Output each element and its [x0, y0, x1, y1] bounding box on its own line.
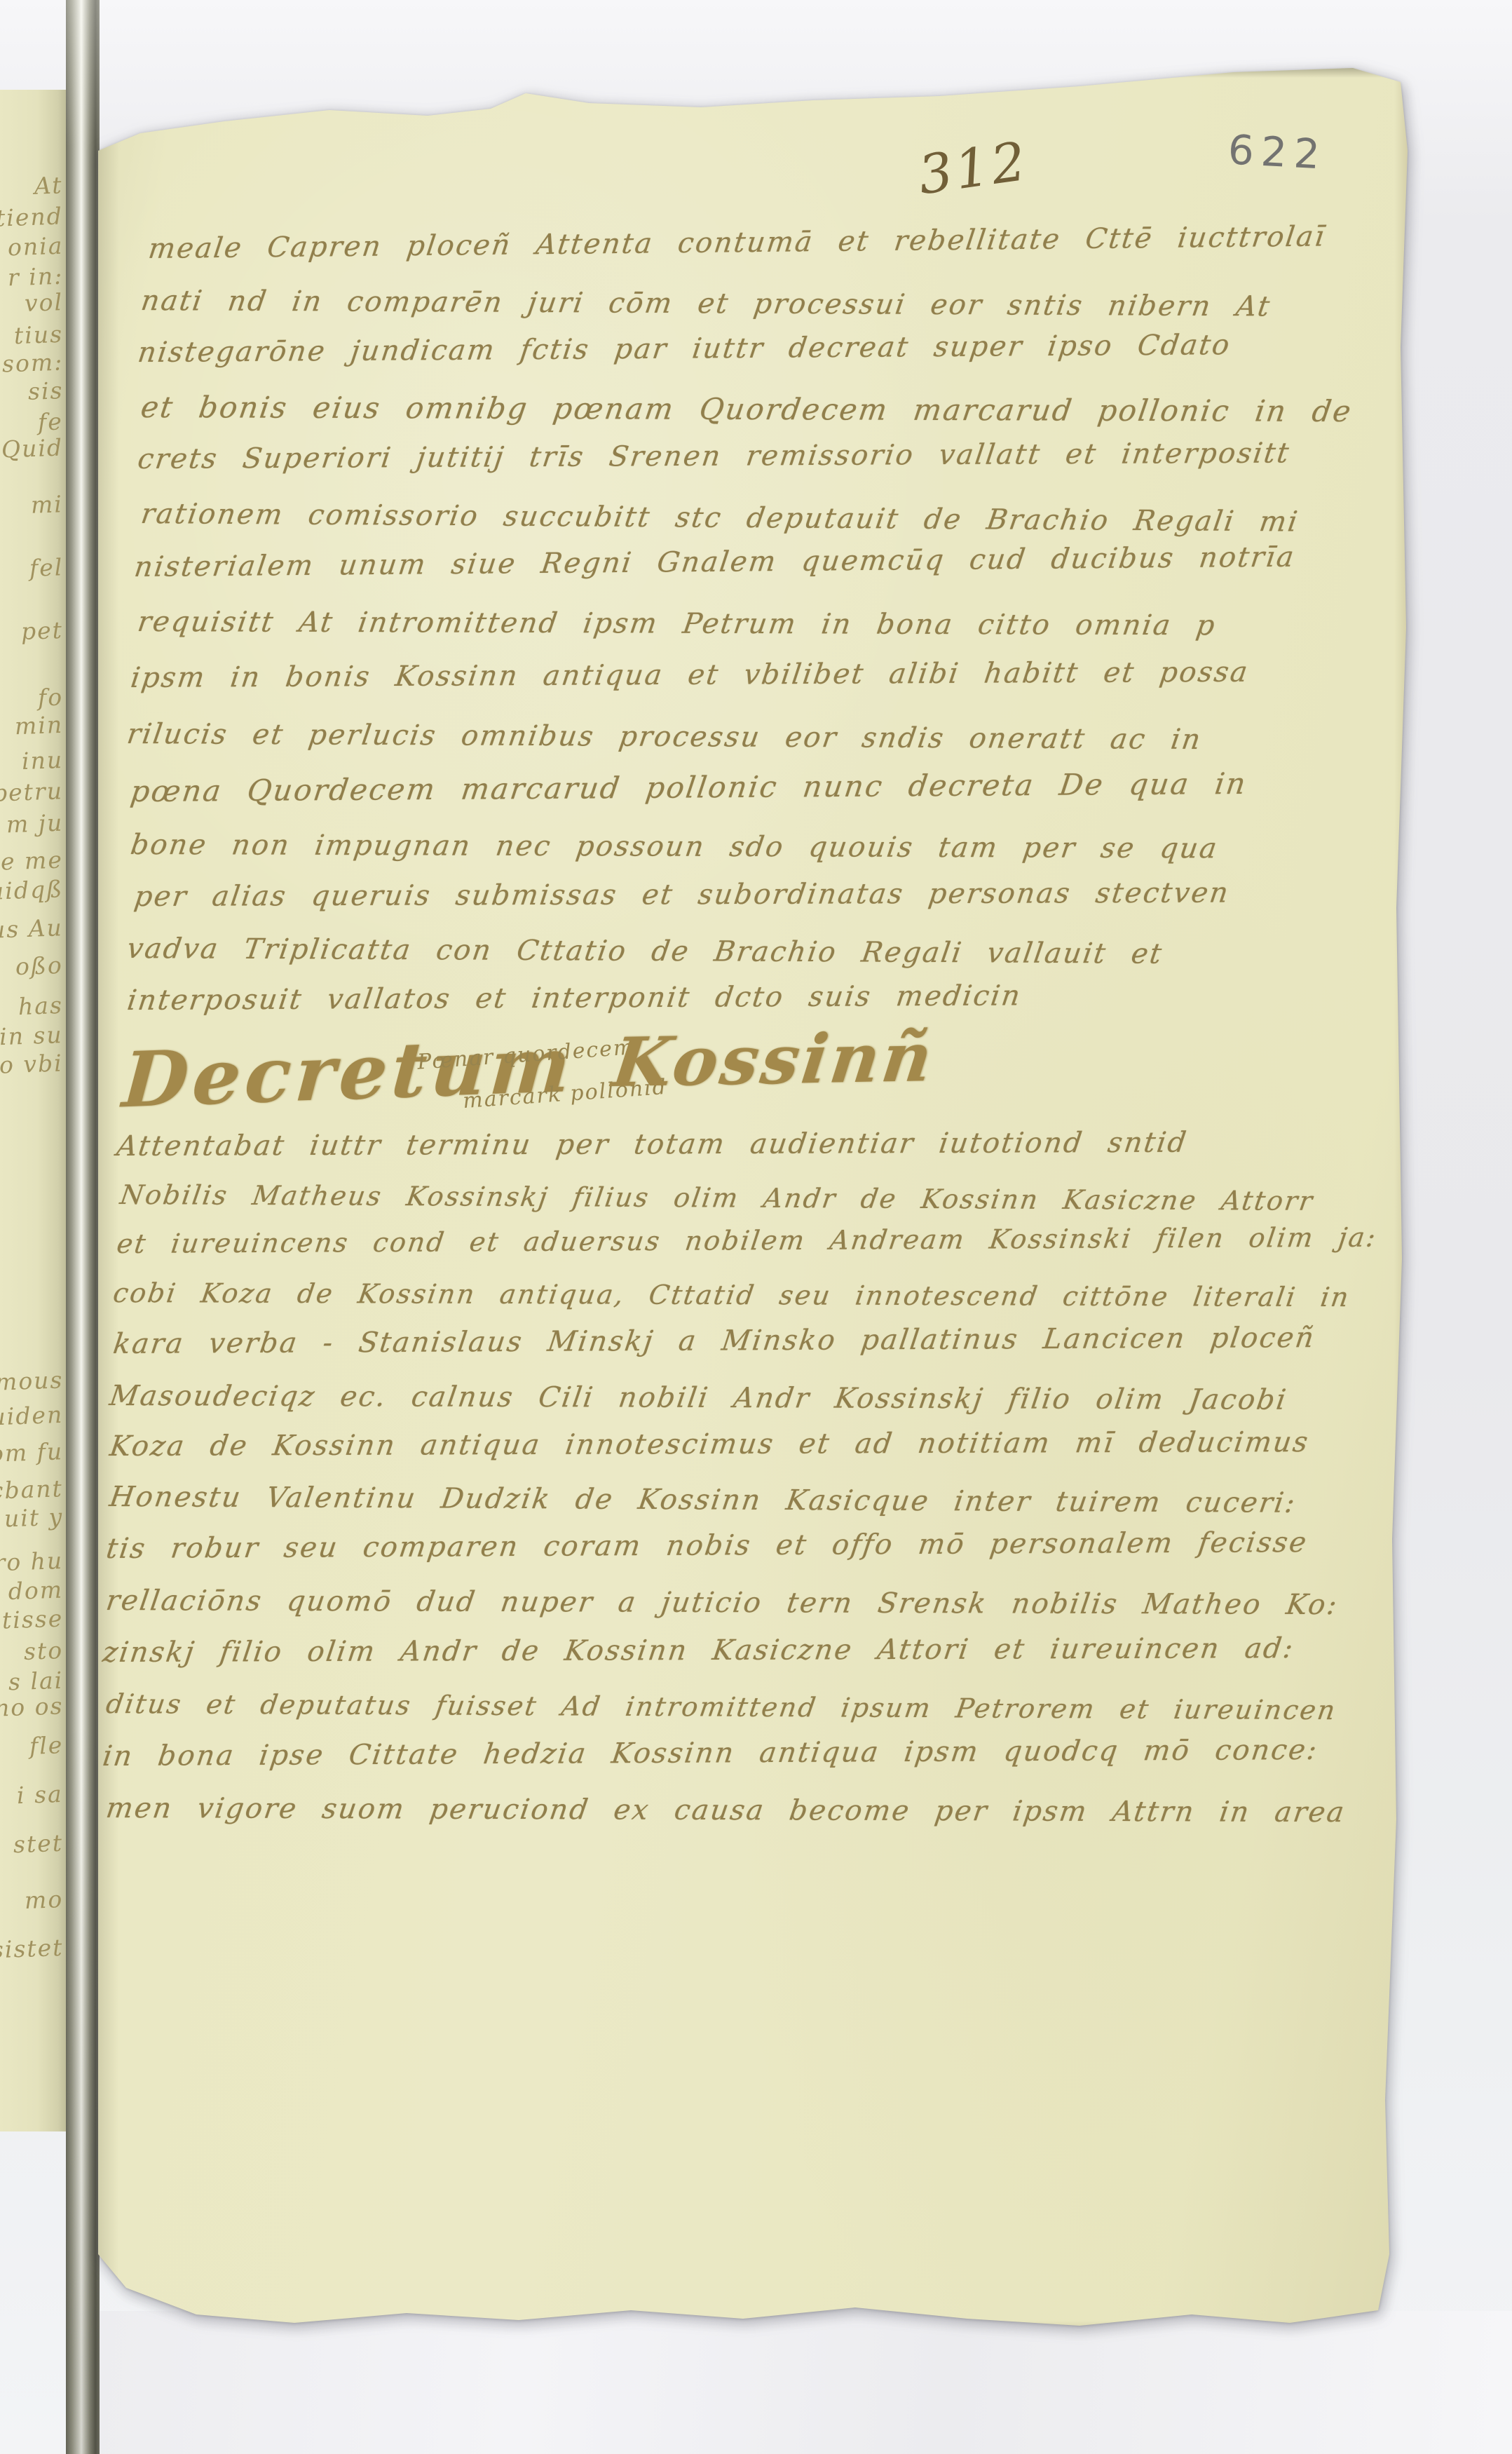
facing-page-fragment: tiend: [0, 202, 64, 231]
facing-page-fragment: cuiden: [0, 1401, 64, 1431]
facing-page-fragment: pet: [20, 616, 63, 645]
facing-page-fragment: o vbi: [0, 1049, 64, 1078]
facing-page-edge: Attiendoniar in:voltiussom:sisfeQuidmife…: [0, 90, 67, 2131]
facing-page-fragment: s lai: [8, 1667, 64, 1696]
facing-page-fragment: e me: [1, 846, 64, 875]
facing-page-fragment: oßo: [15, 951, 64, 980]
facing-page-fragment: onia: [7, 232, 64, 262]
manuscript-text-line: interposuit vallatos et interponit dcto …: [125, 979, 1024, 1017]
manuscript-text-line: zinskj filio olim Andr de Kossinn Kasicz…: [101, 1632, 1297, 1669]
folio-number-ink: 312: [915, 130, 1033, 207]
facing-page-fragment: ssistet: [0, 1934, 64, 1964]
facing-page-fragment: mous: [0, 1366, 64, 1395]
facing-page-fragment: i sa: [17, 1780, 64, 1809]
manuscript-text-line: tis robur seu comparen coram nobis et of…: [104, 1526, 1310, 1565]
facing-page-fragment: inu: [21, 746, 63, 775]
manuscript-text-line: requisitt At intromittend ipsm Petrum in…: [135, 606, 1218, 642]
facing-page-fragment: fo: [37, 683, 63, 711]
manuscript-text-line: Attentabat iuttr terminu per totam audie…: [115, 1127, 1190, 1162]
manuscript-text-line: Nobilis Matheus Kossinskj filius olim An…: [118, 1179, 1316, 1216]
manuscript-text-line: et iureuincens cond et aduersus nobilem …: [115, 1222, 1379, 1259]
manuscript-text-line: nisterialem unum siue Regni Gnalem quemc…: [132, 541, 1298, 584]
manuscript-text-line: cobi Koza de Kossinn antiqua, Cttatid se…: [111, 1277, 1352, 1313]
manuscript-text-line: rilucis et perlucis omnibus processu eor…: [125, 718, 1204, 756]
manuscript-text-line: pœna Quordecem marcarud pollonic nunc de…: [128, 766, 1249, 808]
facing-page-fragment: At: [34, 171, 64, 199]
facing-page-fragment: thr dom: [0, 1575, 64, 1606]
manuscript-text-line: bone non impugnan nec possoun sdo quouis…: [128, 829, 1220, 865]
facing-page-fragment: vol: [24, 288, 63, 317]
manuscript-text-line: kara verba - Stanislaus Minskj a Minsko …: [111, 1322, 1318, 1360]
facing-page-fragment: r in:: [7, 262, 64, 292]
facing-page-fragment: sto: [23, 1636, 63, 1665]
heading-kossinn: Kossinñ: [608, 1017, 939, 1102]
facing-page-fragment: stet: [13, 1829, 63, 1858]
facing-page-fragment: tisse: [1, 1604, 64, 1634]
manuscript-text-line: nati nd in comparēn juri cōm et processu…: [139, 285, 1273, 323]
facing-page-fragment: us Au: [0, 914, 64, 944]
archival-scan-scene: { "scan": { "folio_number_ink": "312", "…: [0, 0, 1512, 2454]
manuscript-text-line: per alias queruis submissas et subordina…: [132, 877, 1232, 913]
facing-page-fragment: ero hu: [0, 1547, 64, 1577]
binding-glass-bar: [66, 0, 100, 2454]
manuscript-text-line: Masoudeciqz ec. calnus Cili nobili Andr …: [107, 1380, 1289, 1416]
facing-page-fragment: om fu: [0, 1437, 64, 1467]
facing-page-fragment: mi: [30, 490, 63, 519]
facing-page-fragment: gin su: [0, 1021, 64, 1051]
manuscript-text-line: Koza de Kossinn antiqua innotescimus et …: [108, 1426, 1312, 1463]
facing-page-fragment: fle: [29, 1731, 64, 1760]
facing-page-fragment: Quid: [1, 433, 63, 463]
manuscript-text-line: ditus et deputatus fuisset Ad intromitte…: [104, 1688, 1339, 1726]
manuscript-text-line: et bonis eius omnibg pœnam Quordecem mar…: [139, 390, 1355, 428]
facing-page-fragment: petru: [0, 777, 64, 806]
facing-page-fragment: min: [14, 711, 63, 740]
facing-page-fragment: tius: [13, 320, 63, 349]
manuscript-text-line: rellaciōns quomō dud nuper a juticio ter…: [104, 1585, 1340, 1621]
manuscript-text-line: nistegarōne jundicam fctis par iuttr dec…: [136, 329, 1233, 369]
folio-number-pencil: 622: [1227, 126, 1328, 178]
facing-page-fragment: fel: [29, 553, 64, 582]
manuscript-text-line: crets Superiori jutitij trīs Srenen remi…: [136, 437, 1293, 475]
manuscript-text-line: ipsm in bonis Kossinn antiqua et vbilibe…: [129, 656, 1251, 694]
manuscript-text-line: meale Capren ploceñ Attenta contumā et r…: [147, 220, 1328, 265]
manuscript-text-line: men vigore suom peruciond ex causa becom…: [104, 1792, 1347, 1829]
facing-page-fragment: som:: [1, 348, 64, 377]
facing-page-fragment: cbant: [0, 1475, 64, 1505]
facing-page-fragment: mo: [24, 1885, 63, 1914]
manuscript-text-line: Honestu Valentinu Dudzik de Kossinn Kasi…: [107, 1481, 1298, 1519]
manuscript-text-line: vadva Triplicatta con Cttatio de Brachio…: [125, 933, 1165, 970]
facing-page-fragment: uit y: [4, 1503, 64, 1533]
manuscript-text-line: in bona ipse Cittate hedzia Kossinn anti…: [101, 1734, 1321, 1772]
facing-page-fragment: has: [18, 991, 63, 1020]
manuscript-page-wrap: 312 622 Decretum Pœnar quordecem marcark…: [98, 67, 1412, 2335]
facing-page-fragment: fe: [38, 407, 64, 435]
facing-page-fragment: no os: [0, 1692, 64, 1721]
manuscript-text-line: rationem comissorio succubitt stc deputa…: [139, 498, 1301, 538]
manuscript-page: 312 622 Decretum Pœnar quordecem marcark…: [98, 67, 1412, 2335]
facing-page-fragment: m ju: [6, 809, 64, 839]
facing-page-fragment: uidqß: [0, 875, 64, 905]
facing-page-fragment: sis: [27, 377, 64, 405]
